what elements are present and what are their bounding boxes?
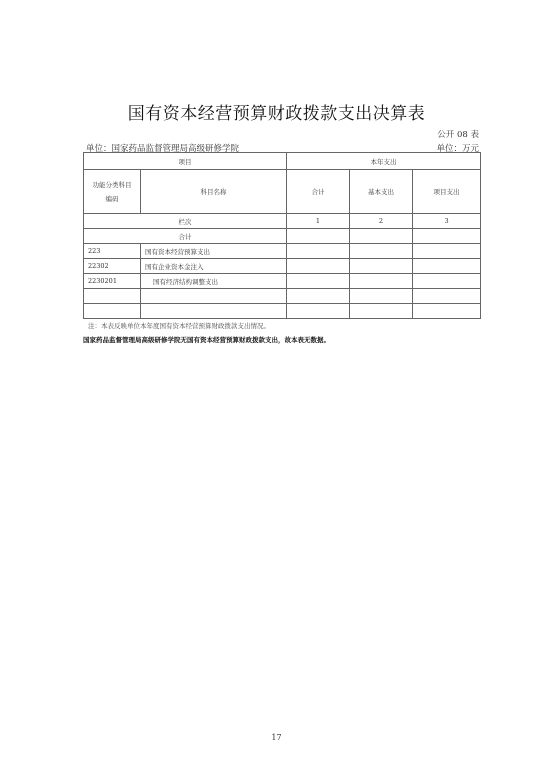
header-row-1: 项目 本年支出 xyxy=(84,153,481,170)
total-label: 合计 xyxy=(84,229,287,244)
row-basic xyxy=(350,304,413,319)
column-number-1: 1 xyxy=(287,214,350,229)
table-row: 2230201 国有经济结构调整支出 xyxy=(84,274,481,289)
no-data-statement: 国家药品监督管理局高级研修学院无国有资本经营预算财政拨款支出，故本表无数据。 xyxy=(83,335,330,344)
row-total xyxy=(287,244,350,259)
row-project xyxy=(413,274,481,289)
row-basic xyxy=(350,244,413,259)
row-code xyxy=(84,304,141,319)
row-name: 国有经济结构调整支出 xyxy=(141,274,287,289)
column-number-2: 2 xyxy=(350,214,413,229)
row-project xyxy=(413,259,481,274)
row-name xyxy=(141,304,287,319)
header-current-year: 本年支出 xyxy=(287,153,481,170)
header-code-line1: 功能分类科目 xyxy=(93,181,132,189)
row-code: 2230201 xyxy=(84,274,141,289)
header-basic: 基本支出 xyxy=(350,170,413,214)
header-code-line2: 编码 xyxy=(106,195,119,203)
header-code: 功能分类科目 编码 xyxy=(84,170,141,214)
row-basic xyxy=(350,289,413,304)
row-basic xyxy=(350,259,413,274)
row-name xyxy=(141,289,287,304)
row-code: 22302 xyxy=(84,259,141,274)
column-number-3: 3 xyxy=(413,214,481,229)
row-name: 国有资本经营预算支出 xyxy=(141,244,287,259)
row-total xyxy=(287,304,350,319)
column-label: 栏次 xyxy=(84,214,287,229)
row-project xyxy=(413,244,481,259)
header-name: 科目名称 xyxy=(141,170,287,214)
header-project: 项目支出 xyxy=(413,170,481,214)
header-total: 合计 xyxy=(287,170,350,214)
table-row xyxy=(84,304,481,319)
table-row: 22302 国有企业资本金注入 xyxy=(84,259,481,274)
form-number: 公开 08 表 xyxy=(437,128,479,140)
header-row-2: 功能分类科目 编码 科目名称 合计 基本支出 项目支出 xyxy=(84,170,481,214)
table-note: 注：本表反映单位本年度国有资本经营预算财政拨款支出情况。 xyxy=(88,321,270,330)
row-total xyxy=(287,289,350,304)
expenditure-table: 项目 本年支出 功能分类科目 编码 科目名称 合计 基本支出 项目支出 栏次 1… xyxy=(83,152,481,319)
table-row: 223 国有资本经营预算支出 xyxy=(84,244,481,259)
total-value xyxy=(287,229,350,244)
row-total xyxy=(287,259,350,274)
table-row xyxy=(84,289,481,304)
page-number: 17 xyxy=(0,733,553,742)
row-basic xyxy=(350,274,413,289)
row-code: 223 xyxy=(84,244,141,259)
page-title: 国有资本经营预算财政拨款支出决算表 xyxy=(0,99,553,124)
total-basic xyxy=(350,229,413,244)
row-total xyxy=(287,274,350,289)
column-number-row: 栏次 1 2 3 xyxy=(84,214,481,229)
header-item: 项目 xyxy=(84,153,287,170)
row-name: 国有企业资本金注入 xyxy=(141,259,287,274)
row-project xyxy=(413,304,481,319)
total-project xyxy=(413,229,481,244)
row-project xyxy=(413,289,481,304)
total-row: 合计 xyxy=(84,229,481,244)
row-code xyxy=(84,289,141,304)
